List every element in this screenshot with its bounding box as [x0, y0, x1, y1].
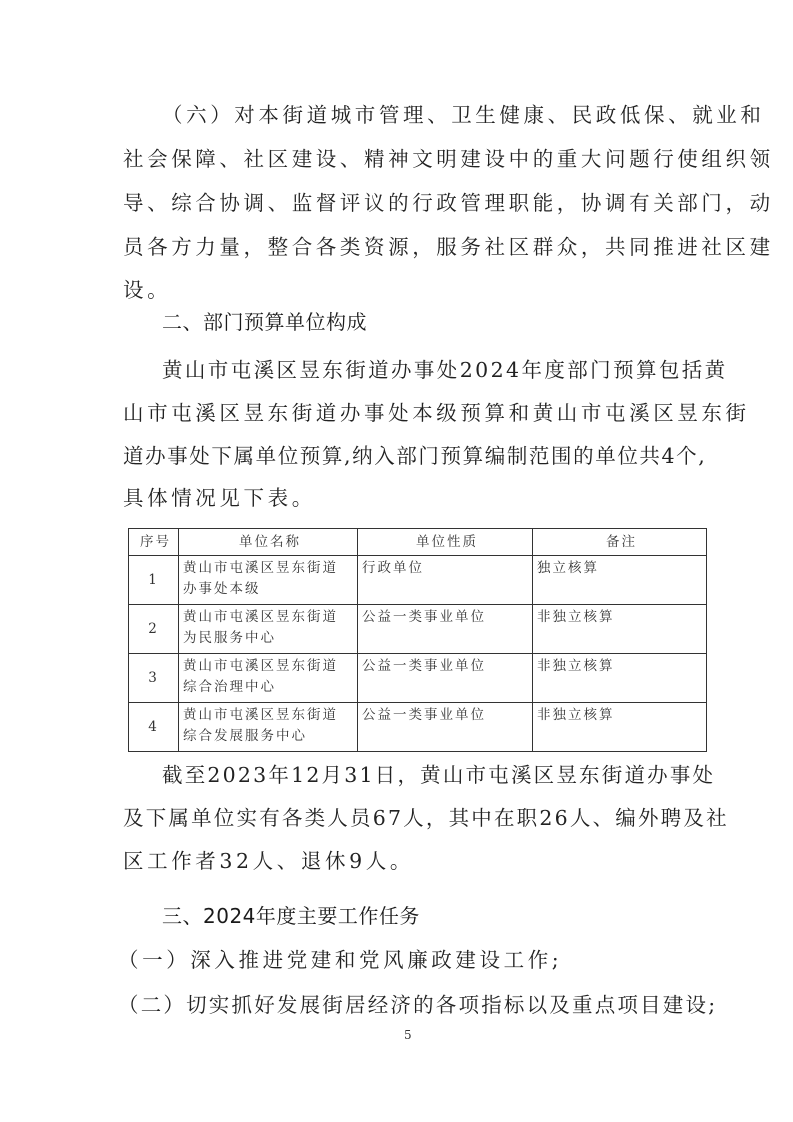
header-index: 序号	[129, 529, 179, 556]
header-note: 备注	[533, 529, 707, 556]
table-row: 4 黄山市屯溪区昱东街道综合发展服务中心 公益一类事业单位 非独立核算	[129, 703, 707, 752]
unit-name-line-1: 黄山市屯溪区昱东街道	[183, 705, 357, 726]
header-unit-nature: 单位性质	[358, 529, 533, 556]
budget-para-line-3: 道办事处下属单位预算,纳入部门预算编制范围的单位共4个,	[123, 444, 698, 468]
section-heading-budget-units: 二、部门预算单位构成	[162, 310, 367, 334]
row-index: 2	[129, 605, 179, 654]
task-item-1: （一）深入推进党建和党风廉政建设工作;	[118, 948, 693, 972]
row-unit-nature: 公益一类事业单位	[358, 654, 533, 703]
row-unit-nature: 公益一类事业单位	[358, 703, 533, 752]
section6-line-2: 社会保障、社区建设、精神文明建设中的重大问题行使组织领	[123, 147, 698, 171]
staff-para-line-1: 截至2023年12月31日，黄山市屯溪区昱东街道办事处	[162, 763, 737, 787]
budget-para-line-1: 黄山市屯溪区昱东街道办事处2024年度部门预算包括黄	[162, 358, 737, 382]
row-index: 4	[129, 703, 179, 752]
row-index: 1	[129, 556, 179, 605]
section6-line-1: （六）对本街道城市管理、卫生健康、民政低保、就业和	[162, 103, 737, 127]
row-unit-nature: 公益一类事业单位	[358, 605, 533, 654]
row-note: 非独立核算	[533, 605, 707, 654]
row-note: 独立核算	[533, 556, 707, 605]
table-header-row: 序号 单位名称 单位性质 备注	[129, 529, 707, 556]
row-index: 3	[129, 654, 179, 703]
header-unit-name: 单位名称	[179, 529, 358, 556]
table-row: 3 黄山市屯溪区昱东街道综合治理中心 公益一类事业单位 非独立核算	[129, 654, 707, 703]
staff-para-line-3: 区工作者32人、退休9人。	[123, 849, 698, 873]
section6-line-5: 设。	[123, 278, 698, 302]
row-unit-nature: 行政单位	[358, 556, 533, 605]
staff-para-line-2: 及下属单位实有各类人员67人，其中在职26人、编外聘及社	[123, 806, 698, 830]
unit-name-line-1: 黄山市屯溪区昱东街道	[183, 558, 357, 579]
page-number: 5	[404, 1028, 412, 1042]
table-row: 2 黄山市屯溪区昱东街道为民服务中心 公益一类事业单位 非独立核算	[129, 605, 707, 654]
section-heading-main-tasks: 三、2024年度主要工作任务	[162, 904, 420, 928]
row-unit-name: 黄山市屯溪区昱东街道综合治理中心	[179, 654, 358, 703]
budget-units-table: 序号 单位名称 单位性质 备注 1 黄山市屯溪区昱东街道办事处本级 行政单位 独…	[128, 528, 707, 752]
row-note: 非独立核算	[533, 654, 707, 703]
section6-line-3: 导、综合协调、监督评议的行政管理职能，协调有关部门，动	[123, 191, 698, 215]
unit-name-line-2: 综合发展服务中心	[183, 726, 357, 747]
unit-name-line-1: 黄山市屯溪区昱东街道	[183, 607, 357, 628]
section6-line-4: 员各方力量，整合各类资源，服务社区群众，共同推进社区建	[123, 235, 698, 259]
row-unit-name: 黄山市屯溪区昱东街道为民服务中心	[179, 605, 358, 654]
row-note: 非独立核算	[533, 703, 707, 752]
budget-para-line-2: 山市屯溪区昱东街道办事处本级预算和黄山市屯溪区昱东街	[123, 401, 698, 425]
row-unit-name: 黄山市屯溪区昱东街道综合发展服务中心	[179, 703, 358, 752]
unit-name-line-1: 黄山市屯溪区昱东街道	[183, 656, 357, 677]
unit-name-line-2: 综合治理中心	[183, 677, 357, 698]
unit-name-line-2: 为民服务中心	[183, 628, 357, 649]
row-unit-name: 黄山市屯溪区昱东街道办事处本级	[179, 556, 358, 605]
task-item-2: （二）切实抓好发展街居经济的各项指标以及重点项目建设;	[118, 993, 693, 1017]
table-row: 1 黄山市屯溪区昱东街道办事处本级 行政单位 独立核算	[129, 556, 707, 605]
budget-para-line-4: 具体情况见下表。	[123, 486, 698, 510]
unit-name-line-2: 办事处本级	[183, 579, 357, 600]
